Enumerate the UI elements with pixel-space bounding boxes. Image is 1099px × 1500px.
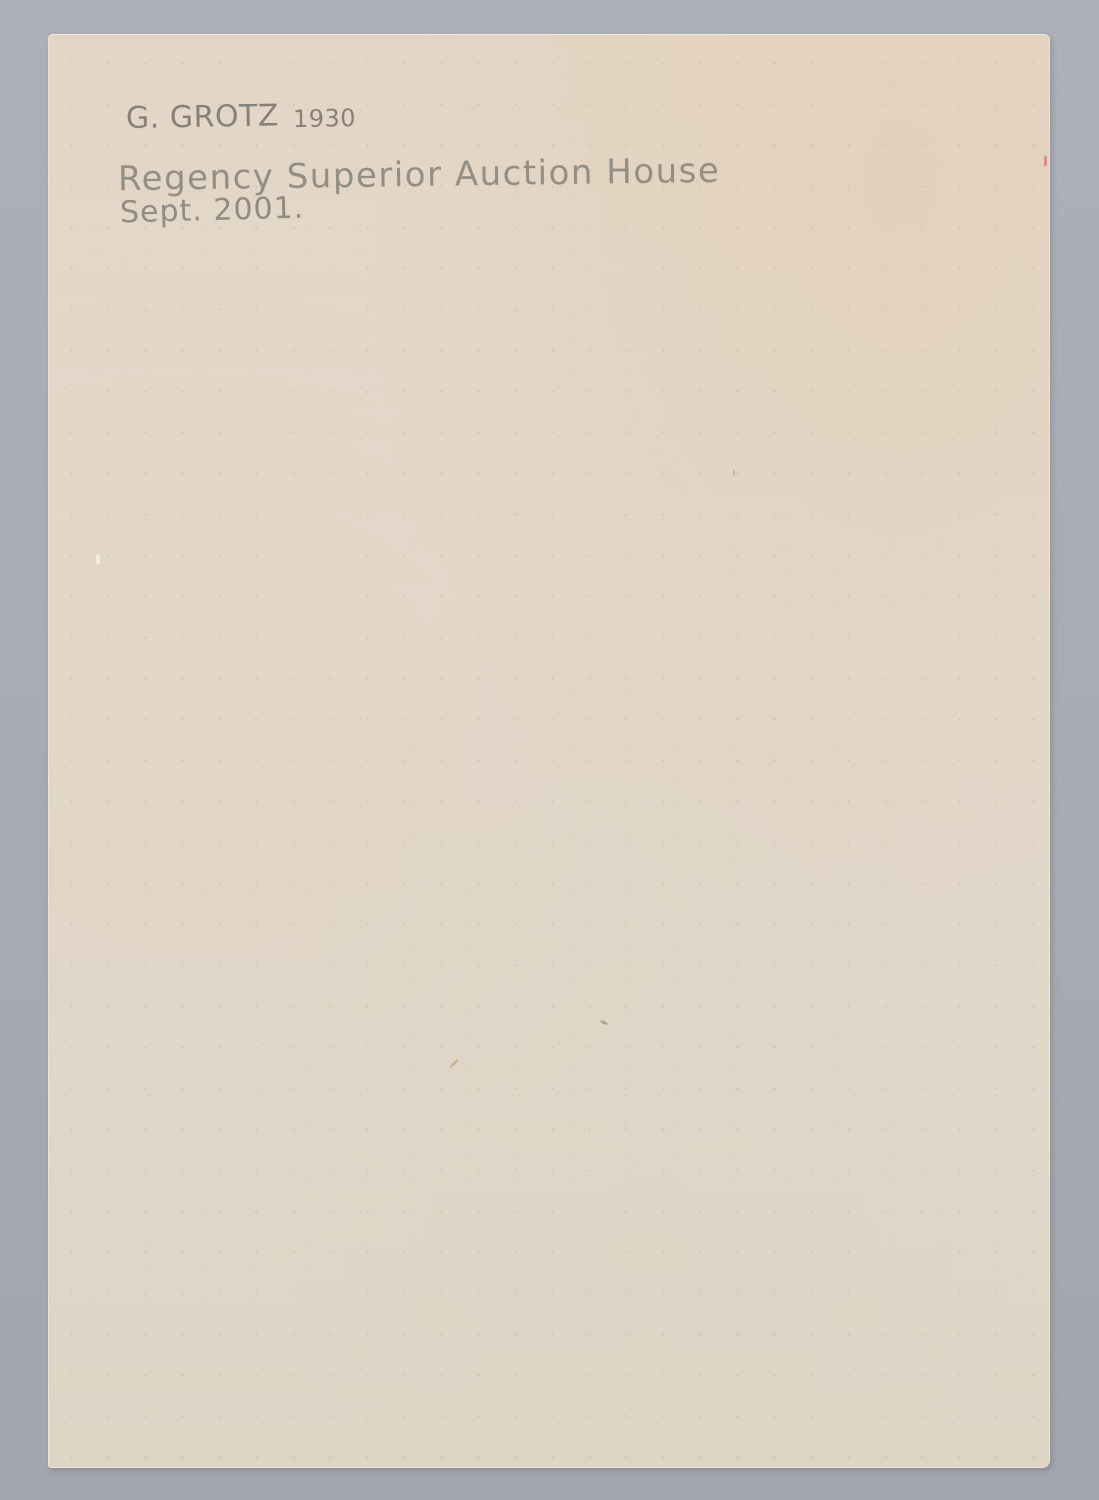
artwork-year: 1930 [293,104,357,133]
paper-blemish [600,1019,609,1025]
paper-blemish [449,1058,460,1069]
inscription-sale-date: Sept. 2001. [120,194,305,229]
paper-edge-nick [96,554,100,564]
artist-name: G. GROTZ [126,98,279,136]
paper-sheet: G. GROTZ1930 Regency Superior Auction Ho… [48,34,1050,1468]
paper-blemish [733,470,735,476]
photo-scene: G. GROTZ1930 Regency Superior Auction Ho… [0,0,1099,1500]
paper-edge-stain [1044,156,1047,166]
inscription-auction-house: Regency Superior Auction House [118,154,721,196]
inscription-artist-line: G. GROTZ1930 [126,100,356,134]
